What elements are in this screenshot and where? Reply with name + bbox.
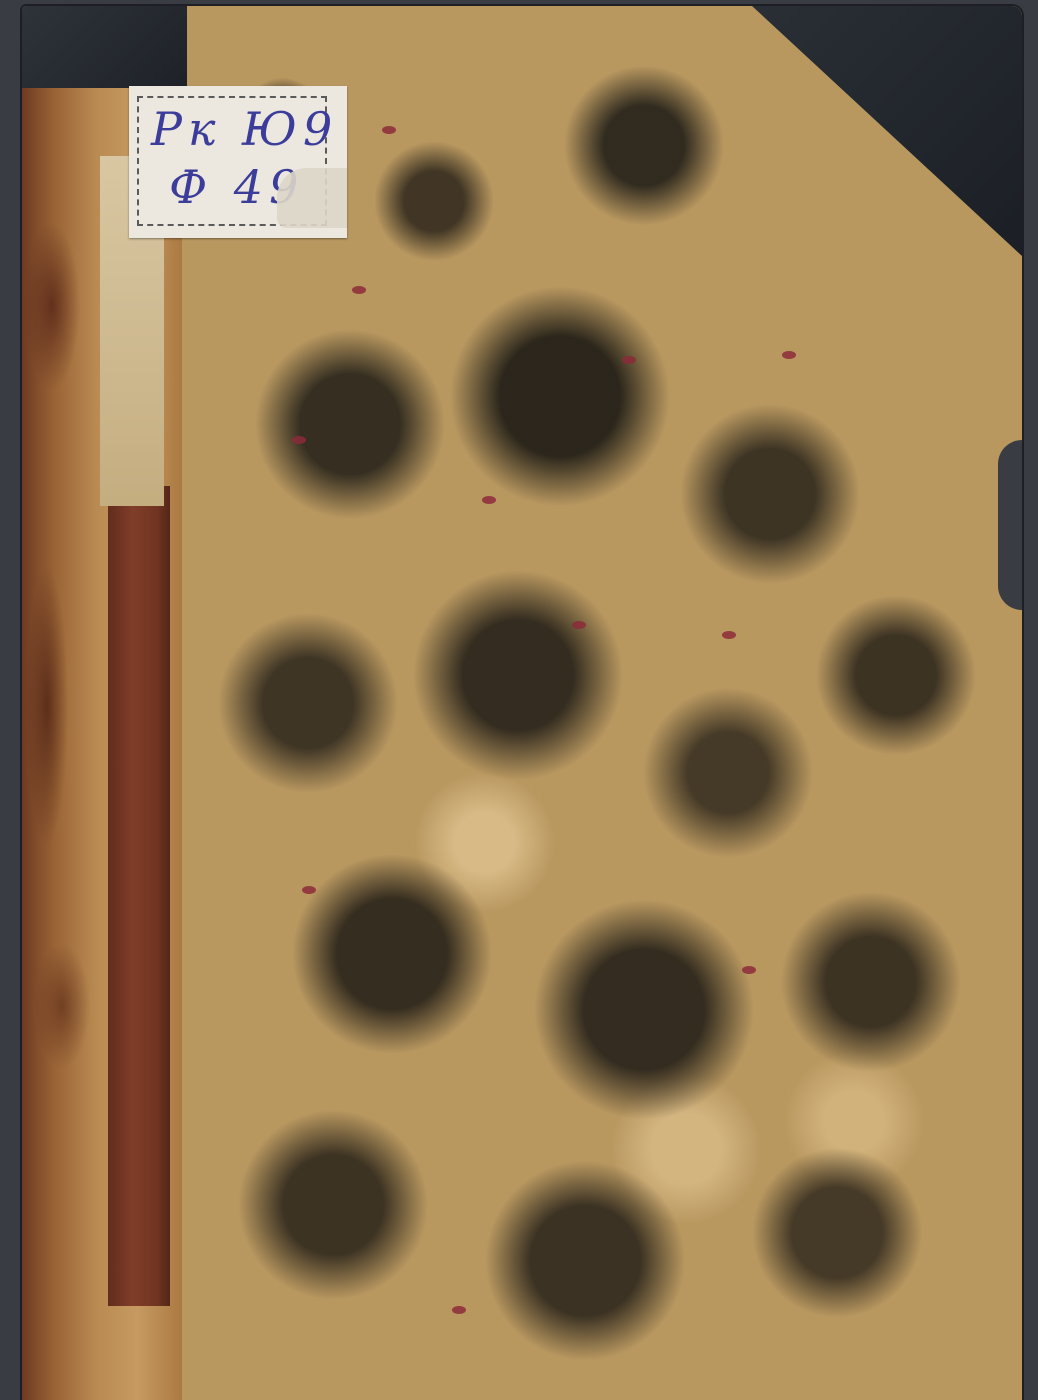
red-speck <box>352 286 366 294</box>
torn-label-corner <box>277 168 347 228</box>
red-speck <box>452 1306 466 1314</box>
spine-leather-stripe <box>108 486 170 1306</box>
red-speck <box>782 351 796 359</box>
red-speck <box>482 496 496 504</box>
red-speck <box>572 621 586 629</box>
red-speck <box>382 126 396 134</box>
red-speck <box>722 631 736 639</box>
red-speck <box>302 886 316 894</box>
library-shelfmark-label: Рк Ю9 Ф 49 <box>129 86 347 238</box>
board-edge-notch <box>998 440 1022 610</box>
red-speck <box>742 966 756 974</box>
shelfmark-line-1: Рк Ю9 <box>151 106 338 152</box>
leather-corner-top-left <box>22 6 187 88</box>
book-photo: Рк Ю9 Ф 49 <box>0 0 1038 1400</box>
red-speck <box>292 436 306 444</box>
red-speck <box>622 356 636 364</box>
